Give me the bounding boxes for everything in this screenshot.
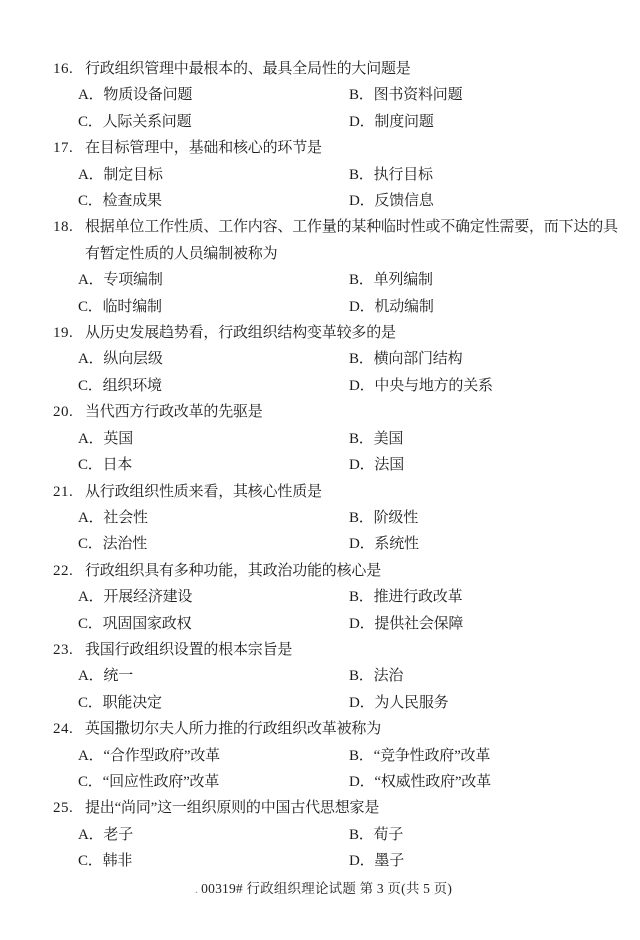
question-number: 21. xyxy=(53,479,85,505)
option-b: B．阶级性 xyxy=(349,505,419,531)
option-c: C．韩非 xyxy=(78,848,349,874)
question-number: 25. xyxy=(53,795,85,821)
question-23: 23. 我国行政组织设置的根本宗旨是 A．统一 B．法治 C．职能决定 D．为人… xyxy=(53,637,624,716)
question-line: 24. 英国撒切尔夫人所力推的行政组织改革被称为 xyxy=(53,716,624,742)
question-number: 24. xyxy=(53,716,85,742)
option-c: C．法治性 xyxy=(78,531,349,557)
question-text: 根据单位工作性质、工作内容、工作量的某种临时性或不确定性需要，而下达的具 有暂定… xyxy=(85,214,624,267)
option-d: D．制度问题 xyxy=(349,109,462,135)
question-text: 我国行政组织设置的根本宗旨是 xyxy=(85,637,624,663)
option-a: A．专项编制 xyxy=(78,267,349,293)
option-b: B．图书资料问题 xyxy=(349,82,462,108)
option-d: D．墨子 xyxy=(349,848,404,874)
option-c: C．人际关系问题 xyxy=(78,109,349,135)
options-grid: A．纵向层级 B．横向部门结构 C．组织环境 D．中央与地方的关系 xyxy=(78,346,624,399)
option-b: B．荀子 xyxy=(349,822,404,848)
question-line: 21. 从行政组织性质来看，其核心性质是 xyxy=(53,479,624,505)
option-d: D．提供社会保障 xyxy=(349,611,463,637)
option-c: C．日本 xyxy=(78,452,349,478)
option-a: A．社会性 xyxy=(78,505,349,531)
question-number: 16. xyxy=(53,56,85,82)
question-text-line: 英国撒切尔夫人所力推的行政组织改革被称为 xyxy=(85,716,624,742)
question-text-line: 提出“尚同”这一组织原则的中国古代思想家是 xyxy=(85,795,624,821)
option-d: D．机动编制 xyxy=(349,294,434,320)
scan-artifact-dot: . xyxy=(195,882,198,896)
question-text: 行政组织具有多种功能，其政治功能的核心是 xyxy=(85,558,624,584)
question-line: 19. 从历史发展趋势看，行政组织结构变革较多的是 xyxy=(53,320,624,346)
question-text: 在目标管理中，基础和核心的环节是 xyxy=(85,135,624,161)
option-b: B．执行目标 xyxy=(349,162,434,188)
options-grid: A．“合作型政府”改革 B．“竞争性政府”改革 C．“回应性政府”改革 D．“权… xyxy=(78,743,624,796)
question-20: 20. 当代西方行政改革的先驱是 A．英国 B．美国 C．日本 D．法国 xyxy=(53,399,624,478)
option-d: D．为人民服务 xyxy=(349,690,448,716)
option-b: B．推进行政改革 xyxy=(349,584,463,610)
question-16: 16. 行政组织管理中最根本的、最具全局性的大问题是 A．物质设备问题 B．图书… xyxy=(53,56,624,135)
question-text-line: 我国行政组织设置的根本宗旨是 xyxy=(85,637,624,663)
option-c: C．临时编制 xyxy=(78,294,349,320)
option-c: C．巩固国家政权 xyxy=(78,611,349,637)
option-c: C．检查成果 xyxy=(78,188,349,214)
option-a: A．“合作型政府”改革 xyxy=(78,743,349,769)
options-grid: A．专项编制 B．单列编制 C．临时编制 D．机动编制 xyxy=(78,267,624,320)
option-c: C．“回应性政府”改革 xyxy=(78,769,349,795)
option-b: B．“竞争性政府”改革 xyxy=(349,743,491,769)
question-number: 18. xyxy=(53,214,85,267)
option-d: D．反馈信息 xyxy=(349,188,434,214)
question-number: 20. xyxy=(53,399,85,425)
page-footer: .00319# 行政组织理论试题 第 3 页(共 5 页) xyxy=(53,876,624,902)
options-grid: A．物质设备问题 B．图书资料问题 C．人际关系问题 D．制度问题 xyxy=(78,82,624,135)
options-grid: A．老子 B．荀子 C．韩非 D．墨子 xyxy=(78,822,624,875)
option-a: A．制定目标 xyxy=(78,162,349,188)
question-line: 23. 我国行政组织设置的根本宗旨是 xyxy=(53,637,624,663)
question-text: 从历史发展趋势看，行政组织结构变革较多的是 xyxy=(85,320,624,346)
option-d: D．系统性 xyxy=(349,531,419,557)
option-d: D．“权威性政府”改革 xyxy=(349,769,491,795)
question-number: 22. xyxy=(53,558,85,584)
question-text: 提出“尚同”这一组织原则的中国古代思想家是 xyxy=(85,795,624,821)
question-text-line: 行政组织管理中最根本的、最具全局性的大问题是 xyxy=(85,56,624,82)
question-text-line: 有暂定性质的人员编制被称为 xyxy=(85,241,624,267)
options-grid: A．社会性 B．阶级性 C．法治性 D．系统性 xyxy=(78,505,624,558)
question-line: 25. 提出“尚同”这一组织原则的中国古代思想家是 xyxy=(53,795,624,821)
question-line: 18. 根据单位工作性质、工作内容、工作量的某种临时性或不确定性需要，而下达的具… xyxy=(53,214,624,267)
options-grid: A．英国 B．美国 C．日本 D．法国 xyxy=(78,426,624,479)
options-grid: A．开展经济建设 B．推进行政改革 C．巩固国家政权 D．提供社会保障 xyxy=(78,584,624,637)
option-b: B．法治 xyxy=(349,663,448,689)
question-text-line: 在目标管理中，基础和核心的环节是 xyxy=(85,135,624,161)
question-24: 24. 英国撒切尔夫人所力推的行政组织改革被称为 A．“合作型政府”改革 B．“… xyxy=(53,716,624,795)
question-19: 19. 从历史发展趋势看，行政组织结构变革较多的是 A．纵向层级 B．横向部门结… xyxy=(53,320,624,399)
question-text-line: 当代西方行政改革的先驱是 xyxy=(85,399,624,425)
question-number: 19. xyxy=(53,320,85,346)
option-a: A．老子 xyxy=(78,822,349,848)
option-a: A．统一 xyxy=(78,663,349,689)
question-line: 16. 行政组织管理中最根本的、最具全局性的大问题是 xyxy=(53,56,624,82)
exam-page: 16. 行政组织管理中最根本的、最具全局性的大问题是 A．物质设备问题 B．图书… xyxy=(0,0,640,940)
option-a: A．纵向层级 xyxy=(78,346,349,372)
question-text: 行政组织管理中最根本的、最具全局性的大问题是 xyxy=(85,56,624,82)
option-a: A．英国 xyxy=(78,426,349,452)
footer-text: 00319# 行政组织理论试题 第 3 页(共 5 页) xyxy=(201,881,452,896)
option-a: A．物质设备问题 xyxy=(78,82,349,108)
question-text-line: 行政组织具有多种功能，其政治功能的核心是 xyxy=(85,558,624,584)
question-line: 17. 在目标管理中，基础和核心的环节是 xyxy=(53,135,624,161)
question-text: 英国撒切尔夫人所力推的行政组织改革被称为 xyxy=(85,716,624,742)
options-grid: A．制定目标 B．执行目标 C．检查成果 D．反馈信息 xyxy=(78,162,624,215)
question-line: 22. 行政组织具有多种功能，其政治功能的核心是 xyxy=(53,558,624,584)
question-text: 从行政组织性质来看，其核心性质是 xyxy=(85,479,624,505)
question-text-line: 从历史发展趋势看，行政组织结构变革较多的是 xyxy=(85,320,624,346)
option-b: B．横向部门结构 xyxy=(349,346,493,372)
question-text-line: 根据单位工作性质、工作内容、工作量的某种临时性或不确定性需要，而下达的具 xyxy=(85,214,624,240)
question-17: 17. 在目标管理中，基础和核心的环节是 A．制定目标 B．执行目标 C．检查成… xyxy=(53,135,624,214)
question-21: 21. 从行政组织性质来看，其核心性质是 A．社会性 B．阶级性 C．法治性 D… xyxy=(53,479,624,558)
question-number: 23. xyxy=(53,637,85,663)
question-text: 当代西方行政改革的先驱是 xyxy=(85,399,624,425)
option-a: A．开展经济建设 xyxy=(78,584,349,610)
option-b: B．美国 xyxy=(349,426,404,452)
option-c: C．职能决定 xyxy=(78,690,349,716)
question-18: 18. 根据单位工作性质、工作内容、工作量的某种临时性或不确定性需要，而下达的具… xyxy=(53,214,624,320)
question-line: 20. 当代西方行政改革的先驱是 xyxy=(53,399,624,425)
question-number: 17. xyxy=(53,135,85,161)
question-25: 25. 提出“尚同”这一组织原则的中国古代思想家是 A．老子 B．荀子 C．韩非… xyxy=(53,795,624,874)
option-d: D．中央与地方的关系 xyxy=(349,373,493,399)
question-22: 22. 行政组织具有多种功能，其政治功能的核心是 A．开展经济建设 B．推进行政… xyxy=(53,558,624,637)
option-d: D．法国 xyxy=(349,452,404,478)
question-text-line: 从行政组织性质来看，其核心性质是 xyxy=(85,479,624,505)
option-b: B．单列编制 xyxy=(349,267,434,293)
options-grid: A．统一 B．法治 C．职能决定 D．为人民服务 xyxy=(78,663,624,716)
option-c: C．组织环境 xyxy=(78,373,349,399)
